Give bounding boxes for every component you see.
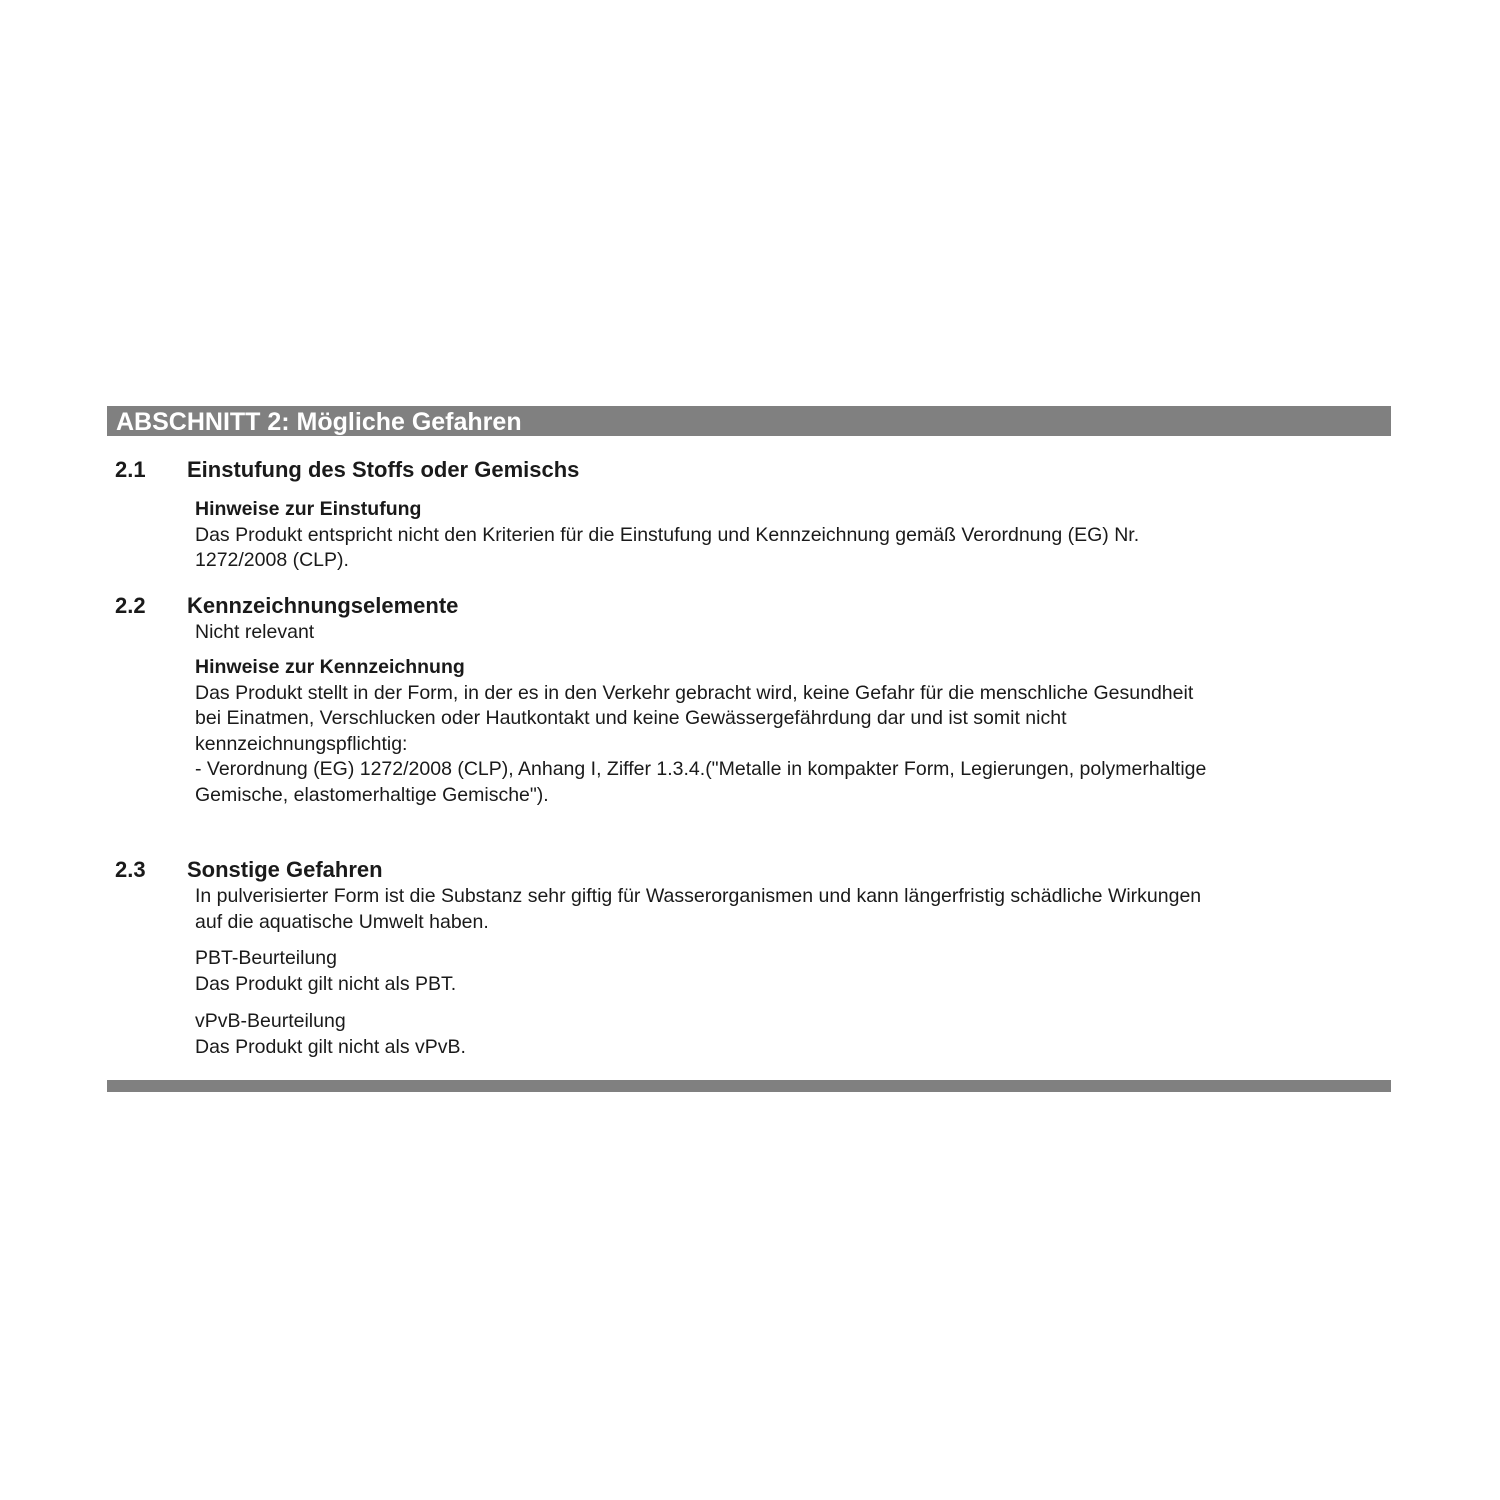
block-heading: Hinweise zur Kennzeichnung <box>195 655 1380 681</box>
text-line: 1272/2008 (CLP). <box>195 548 1380 574</box>
labelling-intro: Nicht relevant <box>195 620 1380 646</box>
text-line: In pulverisierter Form ist die Substanz … <box>195 884 1380 910</box>
subsection-number: 2.1 <box>115 457 187 483</box>
text-line: - Verordnung (EG) 1272/2008 (CLP), Anhan… <box>195 757 1380 783</box>
text-line: kennzeichnungspflichtig: <box>195 732 1380 758</box>
text-line: bei Einatmen, Verschlucken oder Hautkont… <box>195 706 1380 732</box>
section-footer-bar <box>107 1080 1391 1092</box>
text-line: Gemische, elastomerhaltige Gemische"). <box>195 783 1380 809</box>
labelling-notes: Hinweise zur Kennzeichnung Das Produkt s… <box>195 655 1380 808</box>
subsection-2-2-heading: 2.2Kennzeichnungselemente <box>115 593 458 619</box>
block-heading: Hinweise zur Einstufung <box>195 497 1380 523</box>
text-line: auf die aquatische Umwelt haben. <box>195 910 1380 936</box>
subsection-title: Kennzeichnungselemente <box>187 593 458 618</box>
text-line: Das Produkt stellt in der Form, in der e… <box>195 681 1380 707</box>
subsection-number: 2.2 <box>115 593 187 619</box>
subsection-2-1-heading: 2.1Einstufung des Stoffs oder Gemischs <box>115 457 579 483</box>
subsection-number: 2.3 <box>115 857 187 883</box>
text-line: Das Produkt gilt nicht als PBT. <box>195 972 1380 998</box>
section-header-bar: ABSCHNITT 2: Mögliche Gefahren <box>107 406 1391 436</box>
subsection-2-3-heading: 2.3Sonstige Gefahren <box>115 857 383 883</box>
subsection-title: Einstufung des Stoffs oder Gemischs <box>187 457 579 482</box>
text-line: Nicht relevant <box>195 620 1380 646</box>
vpvb-assessment: vPvB-Beurteilung Das Produkt gilt nicht … <box>195 1009 1380 1060</box>
other-hazards-text: In pulverisierter Form ist die Substanz … <box>195 884 1380 935</box>
pbt-assessment: PBT-Beurteilung Das Produkt gilt nicht a… <box>195 946 1380 997</box>
block-label: PBT-Beurteilung <box>195 946 1380 972</box>
section-title: ABSCHNITT 2: Mögliche Gefahren <box>116 407 522 437</box>
block-label: vPvB-Beurteilung <box>195 1009 1380 1035</box>
text-line: Das Produkt entspricht nicht den Kriteri… <box>195 523 1380 549</box>
text-line: Das Produkt gilt nicht als vPvB. <box>195 1035 1380 1061</box>
subsection-title: Sonstige Gefahren <box>187 857 383 882</box>
classification-notes: Hinweise zur Einstufung Das Produkt ents… <box>195 497 1380 574</box>
